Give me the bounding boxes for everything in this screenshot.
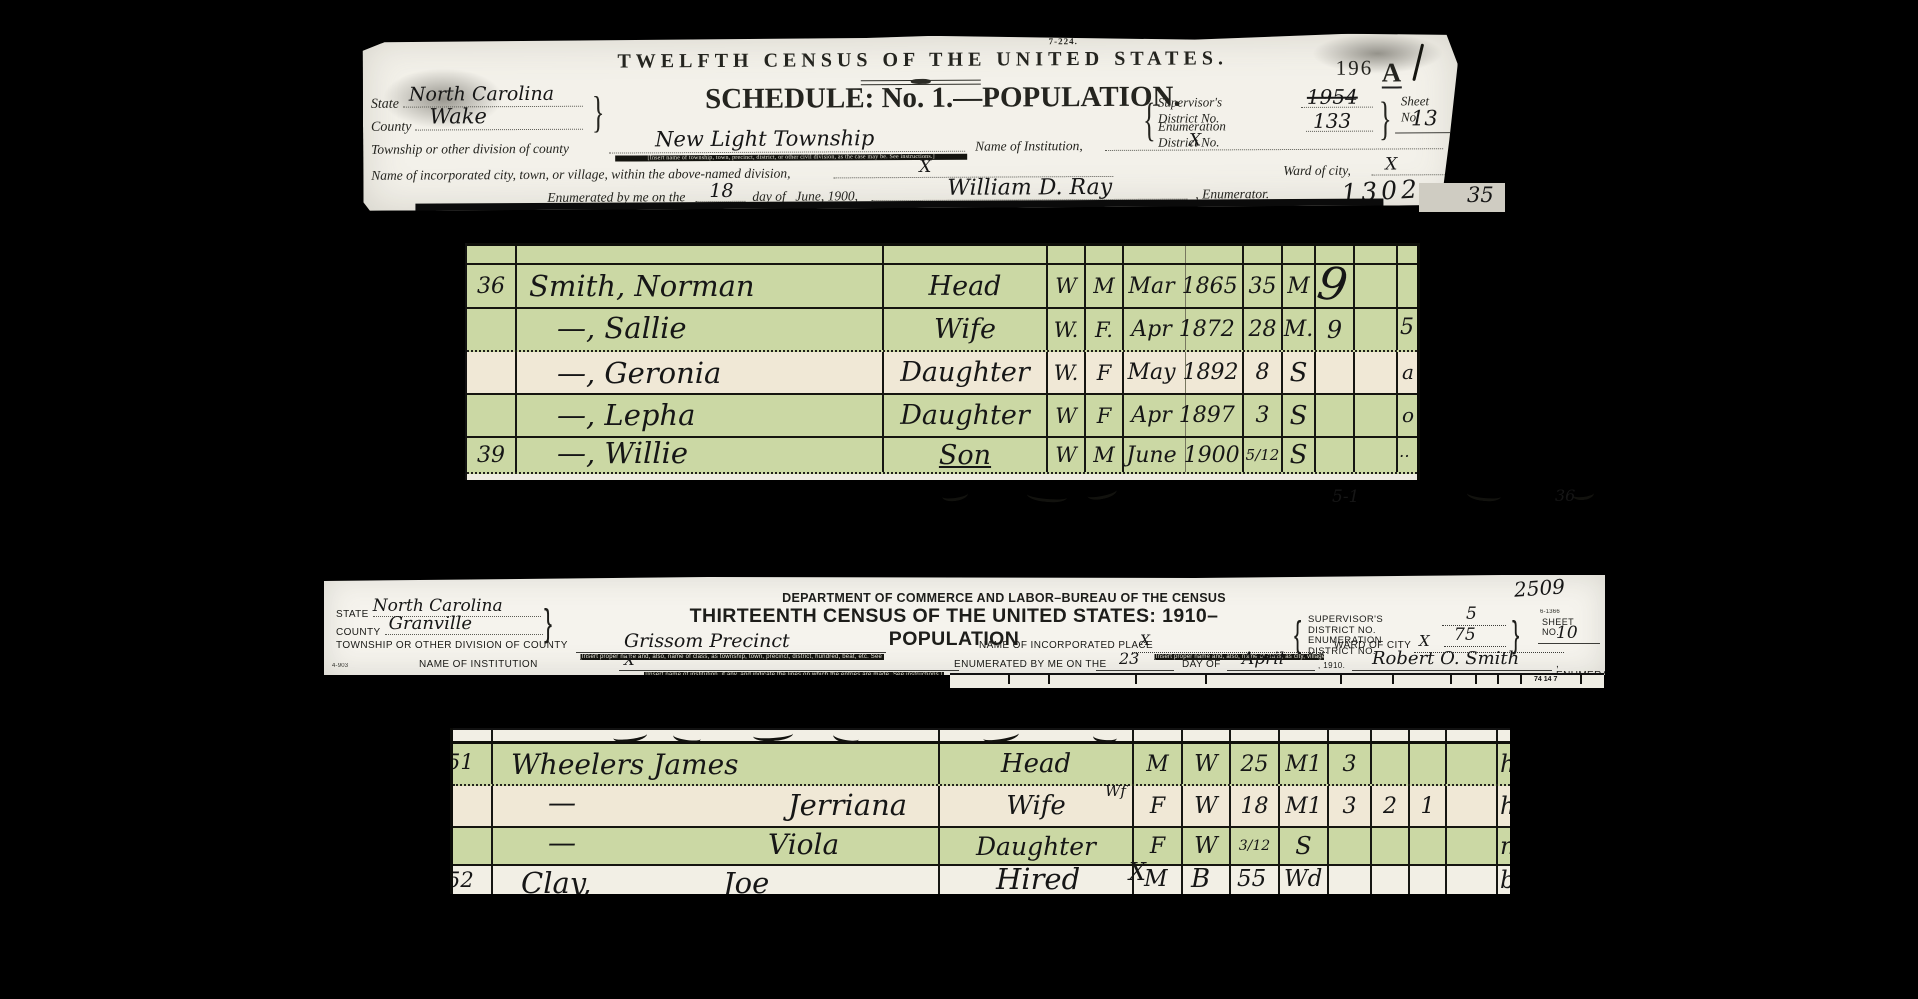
cell-name: Clay, bbox=[521, 866, 592, 894]
table-row: 36 Smith, Norman Head W M Mar 1865 35 M … bbox=[467, 265, 1417, 309]
cell-color: W. bbox=[1054, 318, 1079, 342]
table-header-strip: 74 14 7 bbox=[950, 673, 1604, 688]
cell-sex: M bbox=[1093, 274, 1115, 298]
cell-relation-note: X bbox=[1129, 858, 1146, 886]
cell-sex: M bbox=[1146, 752, 1169, 777]
cell-relation: Son bbox=[939, 440, 991, 471]
cell-color: W bbox=[1194, 751, 1218, 777]
cell-relation: Daughter bbox=[900, 357, 1030, 388]
state-value: North Carolina bbox=[409, 83, 554, 106]
enumerated-mid: DAY OF bbox=[1182, 659, 1221, 670]
township-label: TOWNSHIP OR OTHER DIVISION OF COUNTY bbox=[336, 640, 568, 651]
state-county-brace: } bbox=[592, 88, 605, 139]
city-value: X bbox=[919, 157, 931, 177]
township-note: [Insert name of township, town, precinct… bbox=[615, 154, 967, 162]
supervisor-value: 5 bbox=[1466, 604, 1477, 624]
cell-line: 39 bbox=[477, 443, 505, 468]
table-row: —, Lepha Daughter W F Apr 1897 3 S o bbox=[467, 395, 1417, 438]
cell-line: 36 bbox=[477, 274, 505, 299]
census-1910-table: 51 Wheelers James Head M W 25 M1 3 h — J… bbox=[450, 728, 1510, 894]
supervisor-label: SUPERVISOR'S DISTRICT NO. bbox=[1308, 614, 1383, 636]
cell-name: Smith, Norman bbox=[529, 269, 755, 303]
serial-number: 2509 bbox=[1513, 574, 1565, 601]
handwriting-fragment bbox=[1466, 487, 1501, 502]
form-number-left: 4-903 bbox=[332, 663, 372, 669]
institution-value: X bbox=[624, 651, 635, 669]
strip-mark: 5-1 bbox=[1332, 487, 1359, 507]
cell-age: 8 bbox=[1256, 360, 1270, 385]
institution-value: X bbox=[1189, 130, 1201, 150]
cell-sex: F bbox=[1097, 404, 1112, 428]
cell-born: Apr 1872 bbox=[1131, 317, 1234, 342]
cell-children-living: 1 bbox=[1421, 794, 1435, 819]
county-row: County Wake bbox=[371, 113, 584, 136]
corner-patch: 35 bbox=[1419, 183, 1505, 212]
county-label: County bbox=[371, 120, 412, 135]
table-row: 39 —, Willie Son W M June 1900 5/12 S ‥ bbox=[467, 438, 1417, 474]
table-row-partial bbox=[453, 728, 1510, 744]
cell-relation: Wife bbox=[934, 314, 996, 345]
cell-line: 52 bbox=[450, 868, 474, 892]
cell-age: 35 bbox=[1249, 274, 1277, 299]
township-label: Township or other division of county bbox=[371, 141, 569, 158]
district-brace-right: } bbox=[1512, 613, 1519, 657]
ward-label: Ward of city, bbox=[1283, 163, 1351, 179]
cell-ditto: — bbox=[548, 826, 576, 859]
table-row: — Viola Daughter F W 3/12 S n bbox=[453, 828, 1510, 866]
cell-years-married: 3 bbox=[1343, 794, 1357, 819]
cell-edge-fragment: h bbox=[1500, 750, 1510, 778]
cell-age: 3 bbox=[1256, 403, 1270, 428]
census-1900-table: 5-1 36 36 Smith, Norman Head W M Mar 186… bbox=[465, 243, 1420, 480]
ward-value: X bbox=[1385, 154, 1397, 174]
cell-born: Mar 1865 bbox=[1128, 274, 1237, 299]
state-label: STATE bbox=[336, 609, 369, 620]
cell-children-born: 2 bbox=[1383, 794, 1397, 819]
column-tick bbox=[1205, 675, 1207, 684]
cell-name: —, Willie bbox=[557, 436, 688, 470]
paper-smudge bbox=[1313, 33, 1443, 74]
cell-relation: Daughter bbox=[976, 832, 1096, 861]
township-blank bbox=[576, 652, 886, 653]
cell-age: 25 bbox=[1241, 752, 1269, 777]
cell-relation: Head bbox=[1001, 749, 1071, 779]
strip-mark: 36 bbox=[1555, 486, 1575, 505]
county-value: Granville bbox=[389, 613, 472, 634]
cell-name: —, Sallie bbox=[557, 311, 687, 345]
column-tick bbox=[1392, 675, 1394, 684]
institution-label: Name of Institution, bbox=[975, 138, 1083, 155]
cell-name: —, Lepha bbox=[557, 398, 695, 432]
cell-color: W bbox=[1194, 793, 1218, 819]
county-blank: Wake bbox=[415, 113, 583, 131]
cell-relation: Head bbox=[929, 271, 1002, 302]
sheet-blank bbox=[1538, 643, 1600, 644]
month-value: April bbox=[1242, 649, 1284, 669]
cell-years-married: 9 bbox=[1327, 316, 1342, 344]
sheet-form-number: 6-1366 bbox=[1540, 609, 1570, 615]
county-value: Wake bbox=[429, 104, 487, 128]
corner-mark: 35 bbox=[1467, 183, 1494, 207]
day-value: 18 bbox=[709, 180, 733, 202]
cell-relation: Daughter bbox=[900, 400, 1030, 431]
form-number: 7-224. bbox=[1049, 36, 1078, 46]
cell-age: 5/12 bbox=[1246, 446, 1280, 464]
month-blank bbox=[1227, 670, 1315, 671]
sheet-letter: B bbox=[1608, 623, 1624, 649]
department-line: DEPARTMENT OF COMMERCE AND LABOR–BUREAU … bbox=[704, 591, 1304, 605]
column-tick bbox=[1135, 675, 1137, 684]
cell-sex: M bbox=[1144, 866, 1168, 892]
cell-sex: F. bbox=[1095, 318, 1113, 342]
enum-district-value: 75 bbox=[1454, 625, 1476, 645]
cell-marital: M. bbox=[1284, 317, 1314, 342]
cell-color: W bbox=[1194, 833, 1218, 859]
cell-extra: o bbox=[1402, 403, 1414, 427]
cell-name: Jerriana bbox=[788, 788, 907, 822]
enum-district-blank bbox=[1444, 646, 1506, 647]
handwriting-fragment bbox=[1027, 488, 1068, 503]
cell-marital: S bbox=[1290, 358, 1308, 388]
institution-blank bbox=[619, 670, 959, 671]
column-tick bbox=[1048, 675, 1050, 684]
column-tick bbox=[1340, 675, 1342, 684]
page-letter: A bbox=[1382, 59, 1402, 88]
cell-marital: M1 bbox=[1285, 794, 1322, 819]
cell-name: Viola bbox=[768, 828, 839, 861]
census-title-1900: TWELFTH CENSUS OF THE UNITED STATES. bbox=[573, 47, 1273, 74]
table-row: 52 Clay, Joe Hired X M B 55 Wd b bbox=[453, 866, 1510, 894]
enumerator-blank bbox=[1352, 670, 1552, 671]
institution-blank bbox=[1105, 148, 1443, 151]
cell-relation: Hired bbox=[996, 862, 1080, 894]
column-tick bbox=[1008, 675, 1010, 684]
day-value: 23 bbox=[1119, 649, 1139, 668]
table-row-partial bbox=[467, 243, 1417, 265]
schedule-title: SCHEDULE: No. 1.—POPULATION. bbox=[681, 80, 1205, 116]
handwriting-fragment bbox=[1086, 484, 1118, 502]
cell-name-given: Joe bbox=[723, 866, 769, 894]
cell-color: W bbox=[1055, 443, 1077, 467]
enum-district-value: 133 bbox=[1313, 109, 1351, 133]
census-1900-form: 7-224. TWELFTH CENSUS OF THE UNITED STAT… bbox=[363, 33, 1459, 211]
cell-relation: Wife bbox=[1006, 791, 1066, 821]
page-number: 196 bbox=[1336, 56, 1374, 81]
cell-born: June 1900 bbox=[1126, 443, 1239, 468]
enumerated-lead: ENUMERATED BY ME ON THE bbox=[954, 659, 1107, 670]
cell-marital: Wd bbox=[1284, 866, 1322, 892]
cell-edge-fragment: h bbox=[1500, 792, 1510, 820]
column-tick bbox=[1497, 675, 1499, 684]
census-1910-form: 2509 DEPARTMENT OF COMMERCE AND LABOR–BU… bbox=[324, 575, 1605, 675]
screenshot-canvas: { "form1900": { "form_no": "7-224.", "ti… bbox=[0, 0, 1918, 999]
cell-marital: S bbox=[1290, 440, 1308, 470]
institution-label: NAME OF INSTITUTION bbox=[419, 659, 538, 670]
cell-extra: a bbox=[1402, 360, 1414, 384]
cell-edge-fragment: b bbox=[1500, 866, 1510, 894]
cell-marital: M bbox=[1287, 274, 1310, 299]
cell-sex: F bbox=[1097, 361, 1112, 385]
cell-age: 28 bbox=[1249, 317, 1277, 342]
day-blank bbox=[1096, 670, 1174, 671]
cell-born: May 1892 bbox=[1127, 360, 1238, 385]
cell-age: 55 bbox=[1237, 866, 1266, 892]
cell-name: Wheelers James bbox=[511, 748, 739, 781]
cell-sex: M bbox=[1093, 443, 1115, 467]
year-label: , 1910. bbox=[1318, 661, 1345, 670]
township-value: New Light Township bbox=[655, 126, 874, 151]
cell-age: 3/12 bbox=[1239, 838, 1270, 854]
column-tick bbox=[1475, 675, 1477, 684]
handwriting-fragment bbox=[941, 487, 968, 503]
cell-color: B bbox=[1191, 864, 1210, 894]
supervisor-value: 1954 bbox=[1307, 85, 1358, 109]
column-tick bbox=[1450, 675, 1452, 684]
column-tick bbox=[1580, 675, 1582, 684]
cell-marital: S bbox=[1295, 832, 1311, 860]
cell-extra: ‥ bbox=[1399, 442, 1410, 461]
table-row: — Jerriana Wife Wf F W 18 M1 3 2 1 h bbox=[453, 786, 1510, 828]
table-row: 51 Wheelers James Head M W 25 M1 3 h bbox=[453, 744, 1510, 786]
cell-ditto: — bbox=[548, 786, 576, 819]
cell-born: Apr 1897 bbox=[1131, 403, 1234, 428]
cell-color: W. bbox=[1054, 361, 1079, 385]
cell-line: 51 bbox=[450, 750, 474, 774]
sheet-value: 10 bbox=[1556, 623, 1578, 643]
township-value: Grissom Precinct bbox=[624, 630, 790, 652]
cell-marital: S bbox=[1290, 401, 1308, 431]
cell-marital: M1 bbox=[1285, 752, 1322, 777]
table-row: —, Sallie Wife W. F. Apr 1872 28 M. 9 5 bbox=[467, 309, 1417, 352]
cell-color: W bbox=[1055, 404, 1077, 428]
state-label: State bbox=[371, 97, 399, 112]
cell-edge-fragment: n bbox=[1500, 832, 1510, 860]
enumerator-value: Robert O. Smith bbox=[1372, 648, 1519, 669]
cell-sex: F bbox=[1150, 834, 1165, 859]
township-row: Township or other division of county New… bbox=[363, 133, 1458, 159]
county-blank: Granville bbox=[385, 621, 543, 635]
institution-note: [Insert name of institution, if any, and… bbox=[644, 672, 944, 678]
table-row: —, Geronia Daughter W. F May 1892 8 S a bbox=[467, 352, 1417, 395]
cell-years-married: 3 bbox=[1343, 752, 1357, 777]
column-tick bbox=[1520, 675, 1522, 684]
table-bottom-sliver bbox=[467, 474, 1417, 480]
district-brace-left: { bbox=[1294, 613, 1301, 657]
place-value: X bbox=[1140, 633, 1150, 649]
sheet-value: 13 bbox=[1411, 106, 1438, 130]
cell-relation-note: Wf bbox=[1105, 782, 1126, 800]
strip-digits: 74 14 7 bbox=[1534, 676, 1557, 683]
cell-age: 18 bbox=[1241, 794, 1269, 819]
cell-extra: 5 bbox=[1400, 315, 1414, 340]
enumerator-value: William D. Ray bbox=[947, 175, 1112, 201]
cell-color: W bbox=[1055, 274, 1077, 298]
cell-name: —, Geronia bbox=[557, 356, 721, 390]
enum-district-label: ENUMERATION DISTRICT NO. bbox=[1308, 635, 1382, 657]
cell-sex: F bbox=[1150, 794, 1165, 819]
